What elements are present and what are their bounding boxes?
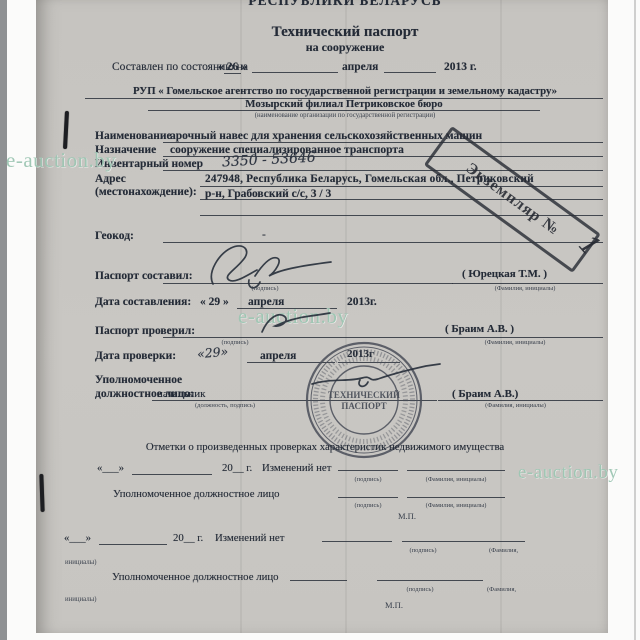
fio-note: (Фамилия, инициалы) <box>458 403 573 410</box>
underline <box>407 497 505 498</box>
position-sign-note: (должность, подпись) <box>170 403 280 410</box>
date-checked-month: апреля <box>260 350 296 362</box>
check2-official-label: Уполномоченное должностное лицо <box>112 572 279 583</box>
watermark-left: e-auction.by <box>6 148 116 173</box>
underline <box>132 474 212 475</box>
underline <box>200 186 603 187</box>
country-line: РЕСПУБЛИКИ БЕЛАРУСЬ <box>190 0 500 8</box>
compiled-month: апреля <box>342 61 378 73</box>
check2-year: 20__ г. <box>173 533 203 544</box>
checked-by-label: Паспорт проверил: <box>95 325 195 337</box>
date-compiled-day: « 29 » <box>200 296 229 308</box>
date-compiled-year: 2013г. <box>347 296 377 308</box>
signature-note: (подпись) <box>385 587 455 594</box>
checked-by-name: ( Браим А.В. ) <box>445 324 514 336</box>
compiled-year: 2013 г. <box>444 61 477 73</box>
signature-note: (подпись) <box>333 477 403 484</box>
compiled-by-label: Паспорт составил: <box>95 270 193 282</box>
fio-note: (Фамилия, инициалы) <box>407 503 505 510</box>
underline <box>290 580 347 581</box>
fio-note: (Фамилия, инициалы) <box>465 286 585 293</box>
underline <box>252 72 338 73</box>
geocode-label: Геокод: <box>95 230 134 242</box>
fio-note: (Фамилия, инициалы) <box>455 340 575 347</box>
document-subtitle: на сооружение <box>190 41 500 54</box>
fio-note-part1: (Фамилия, <box>489 548 518 555</box>
scanned-document: РЕСПУБЛИКИ БЕЛАРУСЬ Технический паспорт … <box>0 0 640 640</box>
organization-line1: РУП « Гомельское агентство по государств… <box>85 86 605 97</box>
check1-day-blank: «___» <box>97 463 124 474</box>
underline <box>384 72 436 73</box>
geocode-value: - <box>262 229 266 241</box>
signature-note: (подпись) <box>333 503 403 510</box>
check1-year: 20__ г. <box>222 463 252 474</box>
underline <box>377 580 483 581</box>
underline <box>99 544 167 545</box>
check2-day-blank: «___» <box>64 533 91 544</box>
check1-no-changes: Изменений нет <box>262 463 331 474</box>
date-checked-day-handwritten: «29» <box>196 345 228 361</box>
watermark-right: e-auction.by <box>518 462 618 484</box>
organization-note: (наименование организации по государстве… <box>190 112 500 119</box>
signature-checked-by <box>258 310 333 338</box>
compiled-by-name: ( Юрецкая Т.М. ) <box>462 269 547 281</box>
official-position: начальник <box>157 389 205 401</box>
document-title: Технический паспорт <box>190 25 500 41</box>
official-label-line1: Уполномоченное <box>95 374 182 386</box>
underline <box>163 283 453 284</box>
mp-seal-note: М.П. <box>385 601 403 610</box>
date-compiled-label: Дата составления: <box>95 296 191 308</box>
underline <box>452 283 603 284</box>
checks-section-title: Отметки о произведенных проверках характ… <box>95 442 555 453</box>
check1-official-label: Уполномоченное должностное лицо <box>113 489 280 500</box>
check2-no-changes: Изменений нет <box>215 533 284 544</box>
name-label: Наименование <box>95 130 172 142</box>
organization-line2: Мозырский филиал Петриковское бюро <box>148 99 540 110</box>
fio-note: (Фамилия, инициалы) <box>407 477 505 484</box>
underline <box>322 541 392 542</box>
compiled-day: «26» <box>218 61 247 73</box>
round-stamp-text2: ПАСПОРТ <box>341 401 386 411</box>
signature-note: (подпись) <box>225 286 305 293</box>
underline <box>407 470 505 471</box>
signature-note: (подпись) <box>388 548 458 555</box>
fio-note-part1: (Фамилия, <box>487 587 516 594</box>
signature-official <box>308 356 443 392</box>
mp-seal-note: М.П. <box>398 512 416 521</box>
address-label2: (местонахождение): <box>95 186 197 198</box>
scanner-edge-right <box>634 0 636 640</box>
date-checked-label: Дата проверки: <box>95 350 176 362</box>
name-value: арочный навес для хранения сельскохозяйс… <box>170 130 482 142</box>
address-label: Адрес <box>95 173 126 185</box>
underline <box>438 337 603 338</box>
fio-note-part2: инициалы) <box>65 559 97 566</box>
underline <box>163 170 603 171</box>
fio-note-part2: инициалы) <box>65 596 97 603</box>
underline <box>163 142 603 143</box>
underline <box>338 470 398 471</box>
underline <box>338 497 398 498</box>
official-name: ( Браим А.В.) <box>452 389 518 401</box>
scanner-edge-left <box>0 0 7 640</box>
underline <box>438 400 603 401</box>
underline <box>402 541 525 542</box>
